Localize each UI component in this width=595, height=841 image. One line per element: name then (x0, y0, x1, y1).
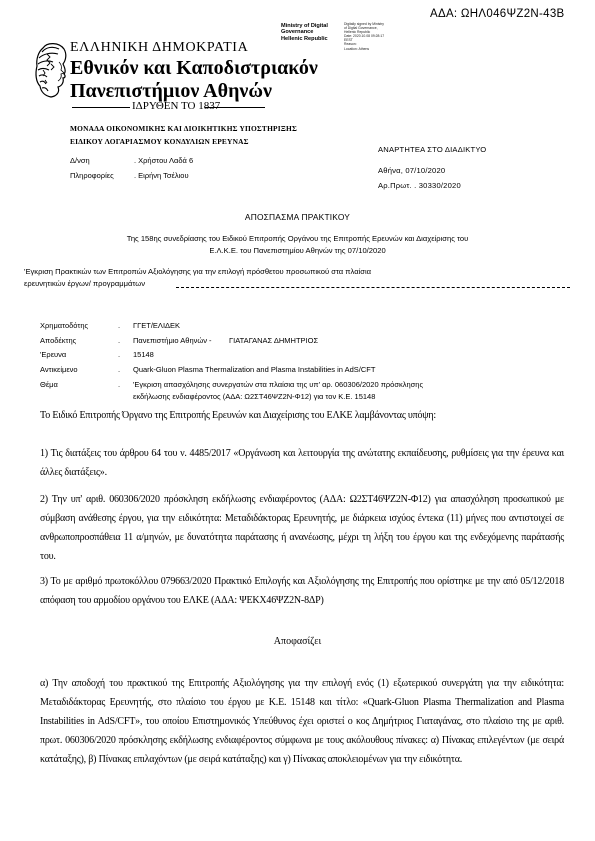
body-point-3: 3) Το με αριθμό πρωτοκόλλου 079663/2020 … (40, 572, 564, 610)
digital-signature-label: Ministry of Digital Governance Hellenic … (281, 23, 328, 42)
dotted-divider (176, 287, 570, 288)
founded-divider-left (72, 107, 130, 108)
meta-value-research: 15148 (133, 350, 154, 359)
signature-detail: Location: Athens (344, 47, 384, 51)
founded-divider-right (205, 107, 265, 108)
ada-code: ΑΔΑ: ΩΗΛ046ΨΖ2Ν-43Β (430, 8, 565, 20)
meta-separator: . (118, 350, 120, 359)
document-title: ΑΠΟΣΠΑΣΜΑ ΠΡΑΚΤΙΚΟΥ (0, 212, 595, 222)
university-logo-icon (33, 40, 73, 100)
info-label: Πληροφορίες (70, 171, 114, 180)
body-point-1: 1) Τις διατάξεις του άρθρου 64 του ν. 44… (40, 444, 564, 482)
unit-name-line1: ΜΟΝΑΔΑ ΟΙΚΟΝΟΜΙΚΗΣ ΚΑΙ ΔΙΟΙΚΗΤΙΚΗΣ ΥΠΟΣΤ… (70, 124, 297, 133)
signature-line: Hellenic Republic (281, 36, 328, 42)
subject-heading-line2: ερευνητικών έργων/ προγραμμάτων (24, 279, 145, 288)
unit-name-line2: ΕΙΔΙΚΟΥ ΛΟΓΑΡΙΑΣΜΟΥ ΚΟΝΔΥΛΙΩΝ ΕΡΕΥΝΑΣ (70, 137, 249, 146)
meta-label-recipient: Αποδέκτης (40, 336, 76, 345)
founded-year: ΙΔΡΥΘΕΝ ΤΟ 1837 (132, 100, 220, 112)
meta-value-object: Quark-Gluon Plasma Thermalization and Pl… (133, 365, 375, 374)
digital-signature-details: Digitally signed by Ministry of Digital … (344, 22, 384, 51)
address-label: Δ/νση (70, 156, 90, 165)
decision-heading: Αποφασίζει (0, 636, 595, 647)
meta-separator: . (118, 365, 120, 374)
meta-value-recipient: Πανεπιστήμιο Αθηνών - (133, 336, 212, 345)
document-date: Αθήνα, 07/10/2020 (378, 166, 445, 175)
decision-a: α) Την αποδοχή του πρακτικού της Επιτροπ… (40, 674, 564, 769)
body-point-2: 2) Την υπ' αριθ. 060306/2020 πρόσκληση ε… (40, 490, 564, 566)
meta-value-subject: 'Εγκριση απασχόλησης συνεργατών στα πλαί… (133, 380, 423, 389)
protocol-number: Αρ.Πρωτ. . 30330/2020 (378, 181, 461, 190)
info-value: . Ειρήνη Τσέλιου (134, 171, 189, 180)
meeting-subtitle-line2: Ε.Λ.Κ.Ε. του Πανεπιστημίου Αθηνών της 07… (0, 246, 595, 255)
republic-title: ΕΛΛΗΝΙΚΗ ΔΗΜΟΚΡΑΤΙΑ (70, 40, 248, 56)
meta-separator: . (118, 380, 120, 389)
subject-heading-line1: 'Εγκριση Πρακτικών των Επιτροπών Αξιολόγ… (24, 267, 371, 276)
body-intro: Το Ειδικό Επιτροπής Όργανο της Επιτροπής… (40, 406, 564, 425)
meta-label-research: 'Ερευνα (40, 350, 66, 359)
university-name-line1: Εθνικόν και Καποδιστριακόν (70, 57, 318, 80)
meeting-subtitle-line1: Της 158ης συνεδρίασης του Ειδικού Επιτρο… (0, 234, 595, 243)
meta-label-subject: Θέμα (40, 380, 58, 389)
meta-value-recipient-name: ΓΙΑΤΑΓΑΝΑΣ ΔΗΜΗΤΡΙΟΣ (229, 336, 318, 345)
meta-label-funder: Χρηματοδότης (40, 321, 88, 330)
meta-value-funder: ΓΓΕΤ/ΕΛΙΔΕΚ (133, 321, 180, 330)
meta-separator: . (118, 321, 120, 330)
address-value: . Χρήστου Λαδά 6 (134, 156, 193, 165)
publish-notice: ΑΝΑΡΤΗΤΕΑ ΣΤΟ ΔΙΑΔΙΚΤΥΟ (378, 145, 486, 154)
meta-value-subject-cont: εκδήλωσης ενδιαφέροντος (ΑΔΑ: Ω2ΣΤ46ΨΖ2Ν… (133, 392, 375, 401)
meta-separator: . (118, 336, 120, 345)
meta-label-object: Αντικείμενο (40, 365, 78, 374)
